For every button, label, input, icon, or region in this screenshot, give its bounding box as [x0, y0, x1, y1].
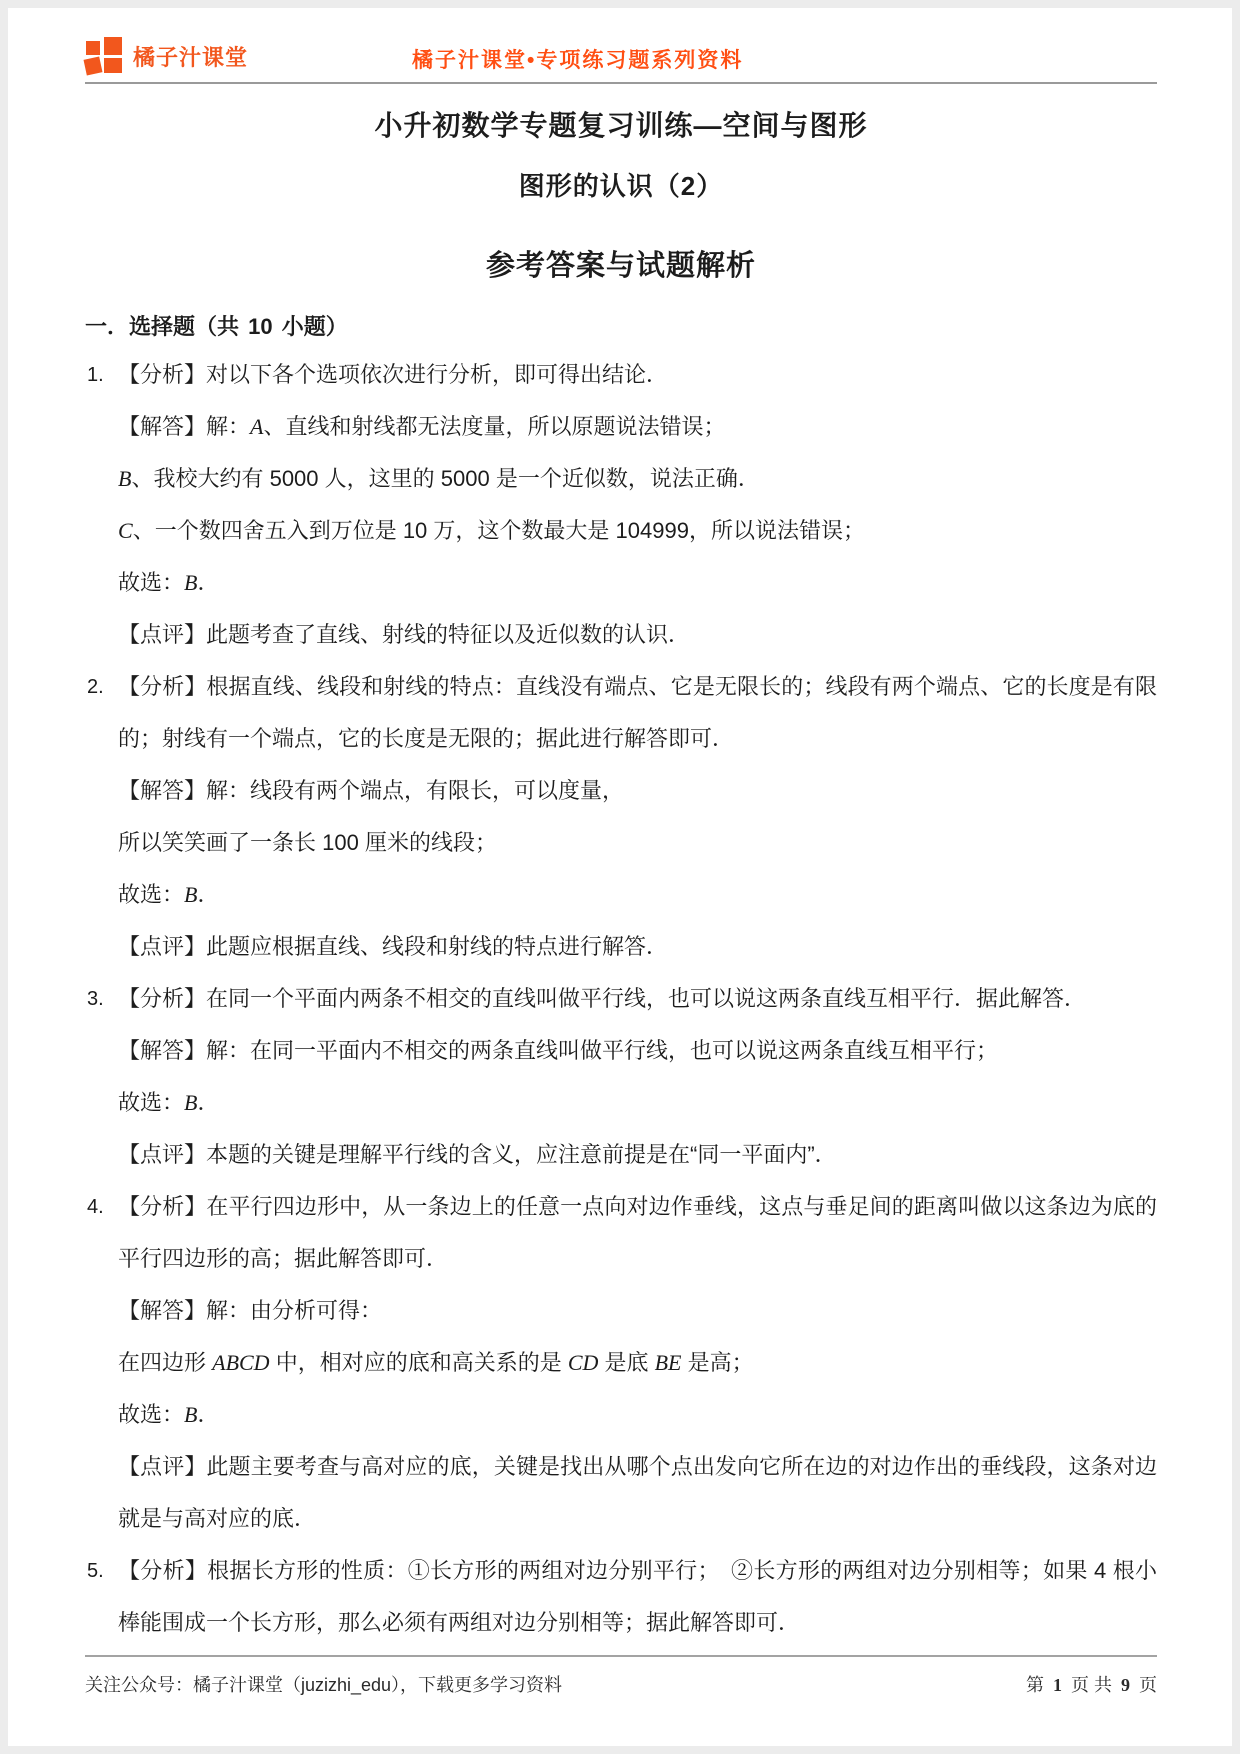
answer-item: 1. 【分析】对以下各个选项依次进行分析，即可得出结论．【解答】解：A、直线和射… [85, 349, 1157, 661]
answer-line: 【点评】本题的关键是理解平行线的含义，应注意前提是在“同一平面内”． [118, 1129, 1157, 1181]
answer-item: 2. 【分析】根据直线、线段和射线的特点：直线没有端点、它是无限长的；线段有两个… [85, 661, 1157, 973]
series-title: 橘子汁课堂•专项练习题系列资料 [412, 44, 743, 74]
document-page: 橘子汁课堂 橘子汁课堂•专项练习题系列资料 小升初数学专题复习训练—空间与图形 … [8, 8, 1232, 1746]
document-subtitle: 图形的认识（2） [85, 171, 1157, 201]
question-section-heading: 一．选择题（共 10 小题） [85, 310, 1157, 344]
footer-note: 关注公众号：橘子汁课堂（juzizhi_edu），下载更多学习资料 [85, 1671, 562, 1697]
answer-line: 故选：B． [118, 1389, 1157, 1441]
answer-line: 【分析】在同一个平面内两条不相交的直线叫做平行线，也可以说这两条直线互相平行．据… [118, 973, 1157, 1025]
document-title: 小升初数学专题复习训练—空间与图形 [85, 110, 1157, 142]
answer-line: 【分析】对以下各个选项依次进行分析，即可得出结论． [118, 349, 1157, 401]
item-lines: 【分析】根据长方形的性质：①长方形的两组对边分别平行； ②长方形的两组对边分别相… [118, 1545, 1157, 1649]
answer-section-heading: 参考答案与试题解析 [85, 250, 1157, 283]
item-number: 5. [87, 1545, 104, 1597]
answer-line: 【点评】此题应根据直线、线段和射线的特点进行解答． [118, 921, 1157, 973]
items: 1. 【分析】对以下各个选项依次进行分析，即可得出结论．【解答】解：A、直线和射… [85, 349, 1157, 1649]
item-number: 3. [87, 973, 104, 1025]
answer-line: 【解答】解：由分析可得： [118, 1285, 1157, 1337]
item-lines: 【分析】根据直线、线段和射线的特点：直线没有端点、它是无限长的；线段有两个端点、… [118, 661, 1157, 973]
item-lines: 【分析】对以下各个选项依次进行分析，即可得出结论．【解答】解：A、直线和射线都无… [118, 349, 1157, 661]
answer-line: 故选：B． [118, 557, 1157, 609]
page-footer: 关注公众号：橘子汁课堂（juzizhi_edu），下载更多学习资料 第 1 页 … [85, 1655, 1157, 1697]
page-header: 橘子汁课堂 橘子汁课堂•专项练习题系列资料 [85, 36, 1157, 84]
item-lines: 【分析】在同一个平面内两条不相交的直线叫做平行线，也可以说这两条直线互相平行．据… [118, 973, 1157, 1181]
answer-item: 4. 【分析】在平行四边形中，从一条边上的任意一点向对边作垂线，这点与垂足间的距… [85, 1181, 1157, 1545]
answer-line: 在四边形 ABCD 中，相对应的底和高关系的是 CD 是底 BE 是高； [118, 1337, 1157, 1389]
item-number: 1. [87, 349, 104, 401]
answer-line: 【解答】解：在同一平面内不相交的两条直线叫做平行线，也可以说这两条直线互相平行； [118, 1025, 1157, 1077]
answer-line: B、我校大约有 5000 人，这里的 5000 是一个近似数，说法正确． [118, 453, 1157, 505]
answer-line: 【分析】根据长方形的性质：①长方形的两组对边分别平行； ②长方形的两组对边分别相… [118, 1545, 1157, 1649]
answer-item: 3. 【分析】在同一个平面内两条不相交的直线叫做平行线，也可以说这两条直线互相平… [85, 973, 1157, 1181]
answer-line: 【点评】此题主要考查与高对应的底，关键是找出从哪个点出发向它所在边的对边作出的垂… [118, 1441, 1157, 1545]
page-number: 第 1 页 共 9 页 [1026, 1671, 1157, 1697]
item-number: 4. [87, 1181, 104, 1233]
item-lines: 【分析】在平行四边形中，从一条边上的任意一点向对边作垂线，这点与垂足间的距离叫做… [118, 1181, 1157, 1545]
answer-line: 故选：B． [118, 1077, 1157, 1129]
answer-line: 【解答】解：线段有两个端点，有限长，可以度量， [118, 765, 1157, 817]
brand-name: 橘子汁课堂 [133, 41, 248, 72]
answer-line: 所以笑笑画了一条长 100 厘米的线段； [118, 817, 1157, 869]
juzizhi-logo-icon [85, 36, 125, 76]
answer-item: 5. 【分析】根据长方形的性质：①长方形的两组对边分别平行； ②长方形的两组对边… [85, 1545, 1157, 1649]
answer-line: 【分析】在平行四边形中，从一条边上的任意一点向对边作垂线，这点与垂足间的距离叫做… [118, 1181, 1157, 1285]
answer-line: 【解答】解：A、直线和射线都无法度量，所以原题说法错误； [118, 401, 1157, 453]
item-number: 2. [87, 661, 104, 713]
answer-line: C、一个数四舍五入到万位是 10 万，这个数最大是 104999，所以说法错误； [118, 505, 1157, 557]
answer-line: 【点评】此题考查了直线、射线的特征以及近似数的认识． [118, 609, 1157, 661]
answer-line: 故选：B． [118, 869, 1157, 921]
answer-line: 【分析】根据直线、线段和射线的特点：直线没有端点、它是无限长的；线段有两个端点、… [118, 661, 1157, 765]
brand: 橘子汁课堂 [85, 36, 248, 76]
